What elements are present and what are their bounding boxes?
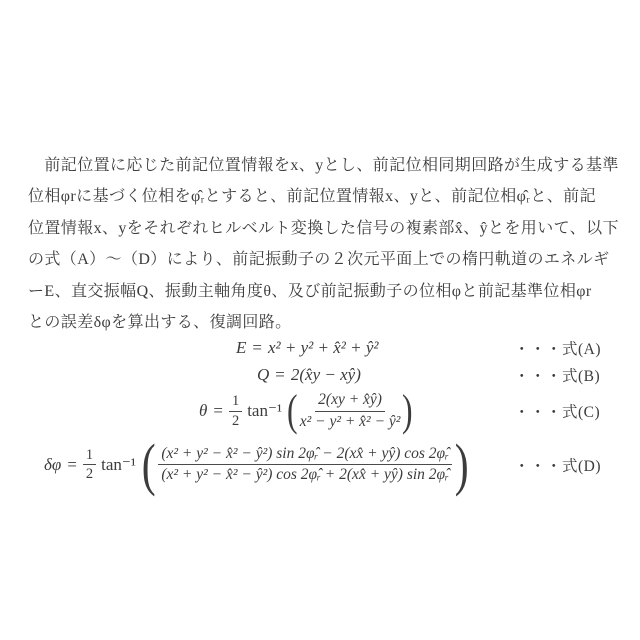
equation-rhs: x² + y² + x̂² + ŷ² bbox=[268, 338, 378, 358]
paragraph-line: ーE、直交振幅Q、振動主軸角度θ、及び前記振動子の位相φと前記基準位相φr bbox=[28, 276, 616, 307]
arctan-function: tan⁻¹ bbox=[101, 455, 136, 475]
patent-document-page: 前記位置に応じた前記位置情報をx、yとし、前記位相同期回路が生成する基準 位相φ… bbox=[0, 0, 640, 640]
equals-sign: = bbox=[67, 455, 77, 475]
paragraph-line: の式（A）～（D）により、前記振動子の２次元平面上での楕円軌道のエネルギ bbox=[28, 244, 616, 275]
fraction-numerator: 2(xy + x̂ŷ) bbox=[315, 391, 385, 411]
fraction-numerator: 1 bbox=[229, 393, 242, 411]
left-parenthesis: ( bbox=[142, 440, 156, 489]
fraction-denominator: 2 bbox=[86, 465, 93, 482]
fraction-denominator: (x² + y² − x̂² − ŷ²) cos 2φ̂ᵣ + 2(xx̂ + … bbox=[161, 465, 449, 484]
fraction-denominator: 2 bbox=[232, 412, 239, 429]
equation-lhs: θ bbox=[199, 401, 207, 421]
equation-row-b: Q = 2(x̂y − xŷ) ・・・式(B) bbox=[0, 361, 640, 389]
left-parenthesis: ( bbox=[287, 392, 298, 429]
fraction-numerator: (x² + y² − x̂² − ŷ²) sin 2φ̂ᵣ − 2(xx̂ + … bbox=[158, 445, 452, 465]
equals-sign: = bbox=[213, 401, 223, 421]
fraction-numerator: 1 bbox=[83, 447, 96, 465]
equation-rhs: 2(x̂y − xŷ) bbox=[291, 365, 361, 385]
equation-lhs: δφ bbox=[44, 455, 61, 475]
equation-label: ・・・式(A) bbox=[514, 337, 601, 359]
equation-label: ・・・式(D) bbox=[514, 454, 601, 476]
fraction: 2(xy + x̂ŷ) x² − y² + x̂² − ŷ² bbox=[300, 391, 401, 431]
equals-sign: = bbox=[252, 338, 262, 358]
equation-lhs: E bbox=[236, 338, 246, 358]
equation-c-math: θ = 1 2 tan⁻¹ ( 2(xy + x̂ŷ) x² − y² + x̂… bbox=[199, 391, 415, 431]
equation-label: ・・・式(C) bbox=[514, 400, 600, 422]
equation-d-math: δφ = 1 2 tan⁻¹ ( (x² + y² − x̂² − ŷ²) si… bbox=[44, 440, 471, 489]
equation-row-a: E = x² + y² + x̂² + ŷ² ・・・式(A) bbox=[0, 334, 640, 362]
equation-lhs: Q bbox=[257, 365, 269, 385]
equals-sign: = bbox=[275, 365, 285, 385]
paragraph-line: 前記位置に応じた前記位置情報をx、yとし、前記位相同期回路が生成する基準 bbox=[28, 150, 616, 181]
arctan-function: tan⁻¹ bbox=[247, 401, 282, 421]
right-parenthesis: ) bbox=[403, 392, 414, 429]
equation-row-d: δφ = 1 2 tan⁻¹ ( (x² + y² − x̂² − ŷ²) si… bbox=[0, 436, 640, 494]
coefficient-fraction: 1 2 bbox=[83, 447, 96, 482]
paragraph-line: 位置情報x、yをそれぞれヒルベルト変換した信号の複素部x̂、ŷとを用いて、以下 bbox=[28, 213, 616, 244]
claim-paragraph: 前記位置に応じた前記位置情報をx、yとし、前記位相同期回路が生成する基準 位相φ… bbox=[28, 150, 616, 338]
fraction: (x² + y² − x̂² − ŷ²) sin 2φ̂ᵣ − 2(xx̂ + … bbox=[158, 445, 452, 485]
coefficient-fraction: 1 2 bbox=[229, 393, 242, 428]
equation-b-math: Q = 2(x̂y − xŷ) bbox=[257, 365, 361, 385]
equation-row-c: θ = 1 2 tan⁻¹ ( 2(xy + x̂ŷ) x² − y² + x̂… bbox=[0, 388, 640, 434]
equation-label: ・・・式(B) bbox=[514, 364, 600, 386]
right-parenthesis: ) bbox=[455, 440, 469, 489]
equation-a-math: E = x² + y² + x̂² + ŷ² bbox=[236, 338, 378, 358]
paragraph-line: 位相φrに基づく位相をφ̂ᵣとすると、前記位置情報x、yと、前記位相φ̂ᵣと、前… bbox=[28, 181, 616, 212]
fraction-denominator: x² − y² + x̂² − ŷ² bbox=[300, 412, 401, 431]
